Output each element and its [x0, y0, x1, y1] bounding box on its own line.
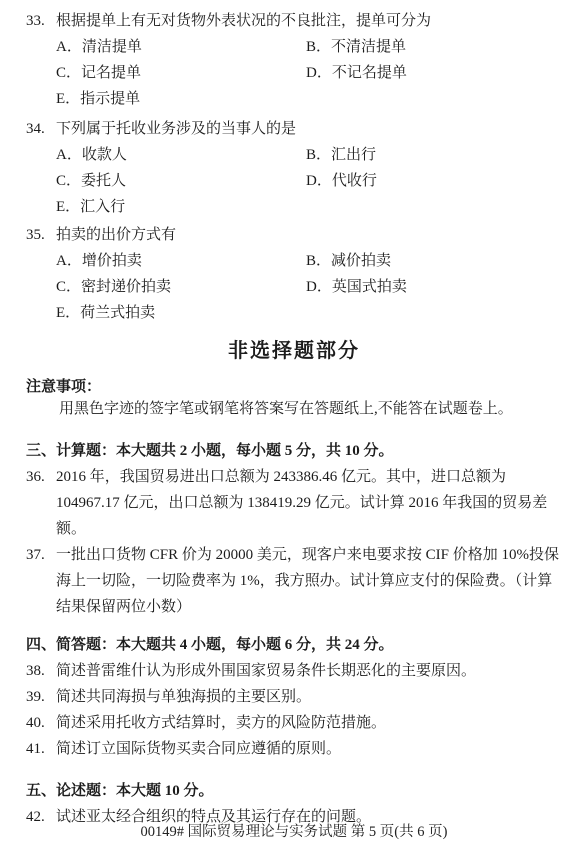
option-33-b: B．不清洁提单: [306, 34, 562, 60]
option-34-b: B．汇出行: [306, 142, 562, 168]
question-number: 33.: [26, 8, 56, 34]
question-36: 36. 2016 年，我国贸易进出口总额为 243386.46 亿元。其中，进口…: [26, 464, 562, 542]
option-35-e: E．荷兰式拍卖: [56, 300, 306, 326]
notice-text: 用黑色字迹的签字笔或钢笔将答案写在答题纸上,不能答在试题卷上。: [59, 398, 562, 420]
question-text: 简述共同海损与单独海损的主要区别。: [56, 684, 562, 710]
question-number: 40.: [26, 710, 56, 736]
question-35: 35. 拍卖的出价方式有 A．增价拍卖 B．减价拍卖 C．密封递价拍卖 D．英国…: [26, 222, 562, 326]
option-34-a: A．收款人: [56, 142, 306, 168]
question-39: 39. 简述共同海损与单独海损的主要区别。: [26, 684, 562, 710]
option-35-a: A．增价拍卖: [56, 248, 306, 274]
question-text: 一批出口货物 CFR 价为 20000 美元，现客户来电要求按 CIF 价格加 …: [56, 542, 562, 620]
section-title-essay: 五、论述题：本大题 10 分。: [26, 778, 562, 804]
question-number: 41.: [26, 736, 56, 762]
question-40: 40. 简述采用托收方式结算时，卖方的风险防范措施。: [26, 710, 562, 736]
options-35: A．增价拍卖 B．减价拍卖 C．密封递价拍卖 D．英国式拍卖 E．荷兰式拍卖: [56, 248, 562, 326]
section-title-calculation: 三、计算题：本大题共 2 小题，每小题 5 分，共 10 分。: [26, 438, 562, 464]
option-33-a: A．清洁提单: [56, 34, 306, 60]
question-37: 37. 一批出口货物 CFR 价为 20000 美元，现客户来电要求按 CIF …: [26, 542, 562, 620]
option-35-b: B．减价拍卖: [306, 248, 562, 274]
option-33-c: C．记名提单: [56, 60, 306, 86]
question-34: 34. 下列属于托收业务涉及的当事人的是 A．收款人 B．汇出行 C．委托人 D…: [26, 116, 562, 220]
question-text: 简述订立国际货物买卖合同应遵循的原则。: [56, 736, 562, 762]
non-mcq-section-heading: 非选择题部分: [26, 336, 562, 366]
question-number: 37.: [26, 542, 56, 620]
question-number: 36.: [26, 464, 56, 542]
option-33-d: D．不记名提单: [306, 60, 562, 86]
option-34-e: E．汇入行: [56, 194, 306, 220]
option-35-d: D．英国式拍卖: [306, 274, 562, 300]
options-33: A．清洁提单 B．不清洁提单 C．记名提单 D．不记名提单 E．指示提单: [56, 34, 562, 112]
page-footer: 00149# 国际贸易理论与实务试题 第 5 页(共 6 页): [0, 821, 588, 843]
question-text: 简述采用托收方式结算时，卖方的风险防范措施。: [56, 710, 562, 736]
question-text: 2016 年，我国贸易进出口总额为 243386.46 亿元。其中，进口总额为 …: [56, 464, 562, 542]
option-33-e: E．指示提单: [56, 86, 306, 112]
options-34: A．收款人 B．汇出行 C．委托人 D．代收行 E．汇入行: [56, 142, 562, 220]
question-number: 35.: [26, 222, 56, 248]
question-number: 38.: [26, 658, 56, 684]
question-number: 39.: [26, 684, 56, 710]
question-text: 简述普雷维什认为形成外围国家贸易条件长期恶化的主要原因。: [56, 658, 562, 684]
question-38: 38. 简述普雷维什认为形成外围国家贸易条件长期恶化的主要原因。: [26, 658, 562, 684]
option-35-c: C．密封递价拍卖: [56, 274, 306, 300]
exam-paper-page: 33. 根据提单上有无对货物外表状况的不良批注，提单可分为 A．清洁提单 B．不…: [0, 0, 588, 866]
notice-label: 注意事项：: [26, 376, 562, 398]
option-34-c: C．委托人: [56, 168, 306, 194]
question-stem: 拍卖的出价方式有: [56, 222, 562, 248]
option-34-d: D．代收行: [306, 168, 562, 194]
section-title-short-answer: 四、简答题：本大题共 4 小题，每小题 6 分，共 24 分。: [26, 632, 562, 658]
question-33: 33. 根据提单上有无对货物外表状况的不良批注，提单可分为 A．清洁提单 B．不…: [26, 8, 562, 112]
question-41: 41. 简述订立国际货物买卖合同应遵循的原则。: [26, 736, 562, 762]
question-stem: 下列属于托收业务涉及的当事人的是: [56, 116, 562, 142]
question-number: 34.: [26, 116, 56, 142]
question-stem: 根据提单上有无对货物外表状况的不良批注，提单可分为: [56, 8, 562, 34]
